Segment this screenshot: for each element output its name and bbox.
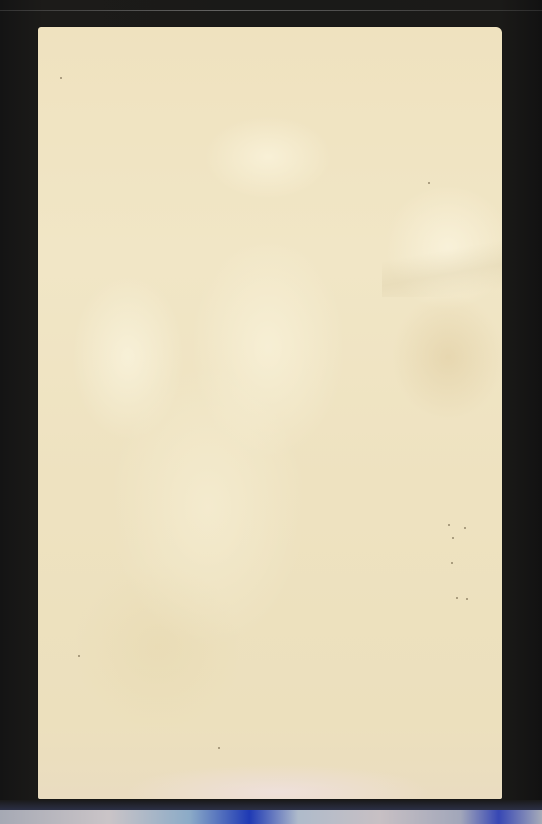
paper-speck [448, 524, 450, 526]
paper-card [38, 27, 502, 799]
scan-artifact-line [0, 10, 542, 11]
paper-speck [464, 527, 466, 529]
paper-speck [452, 537, 454, 539]
paper-speck [456, 597, 458, 599]
paper-speck [451, 562, 453, 564]
paper-speck [78, 655, 80, 657]
paper-speck [428, 182, 430, 184]
scanner-edge-shadow [0, 800, 542, 810]
paper-speck [218, 747, 220, 749]
paper-crease [382, 237, 502, 297]
paper-speck [466, 598, 468, 600]
scanner-glare-strip [0, 810, 542, 824]
paper-speck [60, 77, 62, 79]
